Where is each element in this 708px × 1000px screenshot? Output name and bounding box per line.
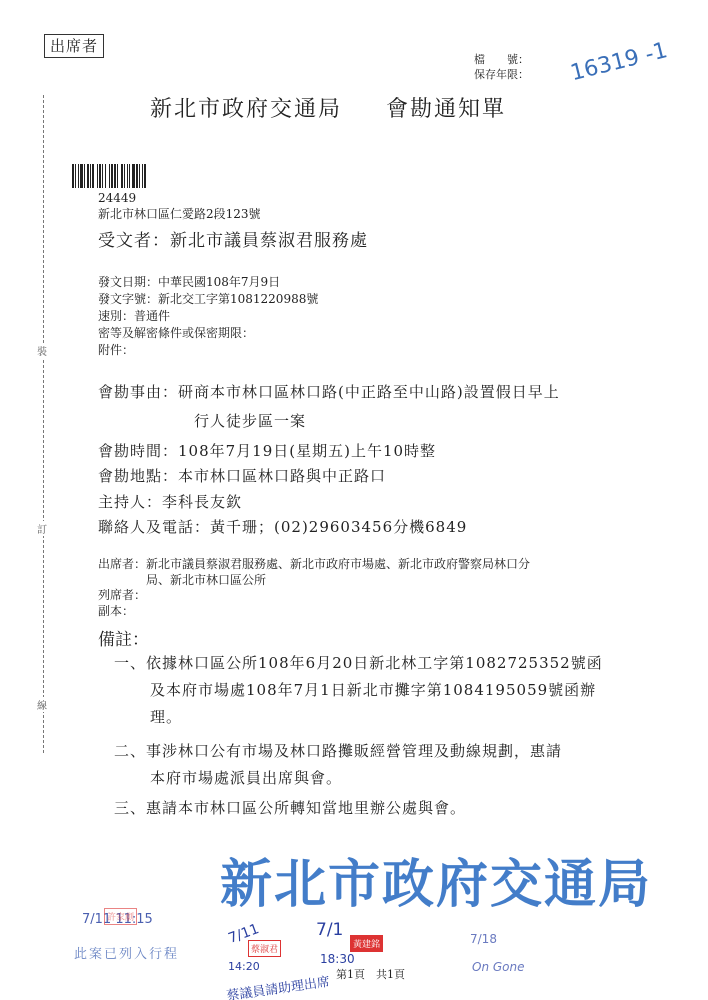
delivery-speed: 速別：普通件 bbox=[98, 308, 170, 325]
attachments: 附件： bbox=[98, 342, 134, 359]
binding-mark-zhuang: 裝 bbox=[37, 343, 47, 358]
handwritten-date-far-right: 7/18 bbox=[470, 932, 497, 946]
barcode bbox=[72, 164, 232, 188]
barcode-bar bbox=[146, 164, 149, 188]
handwritten-note-far-right: On Gone bbox=[472, 960, 525, 974]
retention-period-label: 保存年限： bbox=[474, 67, 529, 82]
agency-seal-stamp: 新北市政府交通局 bbox=[220, 842, 652, 917]
note-text: 惠請本市林口區公所轉知當地里辦公處與會。 bbox=[146, 799, 466, 817]
recipient-address: 新北市林口區仁愛路2段123號 bbox=[98, 206, 261, 223]
attendees-list: 新北市議員蔡淑君服務處、新北市政府市場處、新北市政府警察局林口分 bbox=[146, 557, 530, 571]
handwritten-time-right: 18:30 bbox=[320, 952, 355, 966]
seal-left: 許家劇 bbox=[104, 908, 137, 925]
inspection-time: 會勘時間：108年7月19日(星期五)上午10時整 bbox=[98, 440, 436, 462]
seal-mid: 蔡淑君 bbox=[248, 940, 281, 957]
note-number: 一、 bbox=[114, 654, 146, 672]
issue-date: 發文日期：中華民國108年7月9日 bbox=[98, 274, 280, 291]
note-item-1: 一、依據林口區公所108年6月20日新北林工字第1082725352號函 bbox=[114, 650, 603, 676]
title-document-type: 會勘通知單 bbox=[386, 97, 506, 122]
note-text: 依據林口區公所108年6月20日新北林工字第1082725352號函 bbox=[146, 654, 603, 672]
notes-label: 備註： bbox=[98, 625, 149, 650]
handwritten-date-right: 7/1 bbox=[316, 920, 343, 940]
contact-person: 聯絡人及電話：黃千珊；(02)29603456分機6849 bbox=[98, 516, 467, 538]
host: 主持人：李科長友欽 bbox=[98, 491, 242, 513]
schedule-note: 此案已列入行程 bbox=[74, 943, 179, 962]
attendees: 出席者：新北市議員蔡淑君服務處、新北市政府市場處、新北市政府警察局林口分 bbox=[98, 556, 530, 573]
note-number: 三、 bbox=[114, 799, 146, 817]
binding-mark-ding: 訂 bbox=[37, 521, 47, 536]
handwritten-time-mid: 14:20 bbox=[228, 960, 260, 973]
inspection-subject: 會勘事由：研商本市林口區林口路(中正路至中山路)設置假日早上 bbox=[98, 381, 560, 403]
note-item-2-line2: 本府市場處派員出席與會。 bbox=[150, 765, 342, 791]
page-info: 第1頁 共1頁 bbox=[336, 966, 405, 982]
note-item-1-line3: 理。 bbox=[150, 704, 182, 730]
seal-right: 黃建銘 bbox=[350, 935, 383, 952]
title-agency: 新北市政府交通局 bbox=[150, 97, 342, 122]
handwritten-attendance-note: 蔡議員請助理出席 bbox=[225, 971, 331, 1000]
inspection-subject-continued: 行人徒步區一案 bbox=[194, 410, 306, 432]
observers: 列席者： bbox=[98, 587, 146, 604]
note-item-1-line2: 及本府市場處108年7月1日新北市攤字第1084195059號函辦 bbox=[150, 677, 596, 703]
note-item-2: 二、事涉林口公有市場及林口路攤販經營管理及動線規劃，惠請 bbox=[114, 738, 562, 764]
note-text: 事涉林口公有市場及林口路攤販經營管理及動線規劃，惠請 bbox=[146, 742, 562, 760]
page-title: 新北市政府交通局 會勘通知單 bbox=[150, 92, 506, 123]
attendee-box-label: 出席者 bbox=[44, 34, 104, 58]
attendees-list-continued: 局、新北市林口區公所 bbox=[146, 572, 266, 589]
binding-line bbox=[43, 95, 44, 755]
attendees-label: 出席者： bbox=[98, 557, 146, 571]
inspection-location: 會勘地點：本市林口區林口路與中正路口 bbox=[98, 465, 386, 487]
recipient: 受文者：新北市議員蔡淑君服務處 bbox=[98, 226, 368, 251]
inspection-subject-label: 會勘事由： bbox=[98, 383, 178, 401]
note-number: 二、 bbox=[114, 742, 146, 760]
note-item-3: 三、惠請本市林口區公所轉知當地里辦公處與會。 bbox=[114, 795, 466, 821]
binding-mark-xian: 線 bbox=[37, 697, 47, 712]
document-number: 發文字號：新北交工字第1081220988號 bbox=[98, 291, 318, 308]
inspection-subject-text: 研商本市林口區林口路(中正路至中山路)設置假日早上 bbox=[178, 383, 560, 401]
copies: 副本： bbox=[98, 603, 134, 620]
handwritten-file-number: 16319 -1 bbox=[568, 38, 670, 86]
postal-code: 24449 bbox=[98, 190, 136, 207]
secrecy-level: 密等及解密條件或保密期限： bbox=[98, 325, 254, 342]
file-number-label: 檔 號： bbox=[474, 52, 529, 67]
